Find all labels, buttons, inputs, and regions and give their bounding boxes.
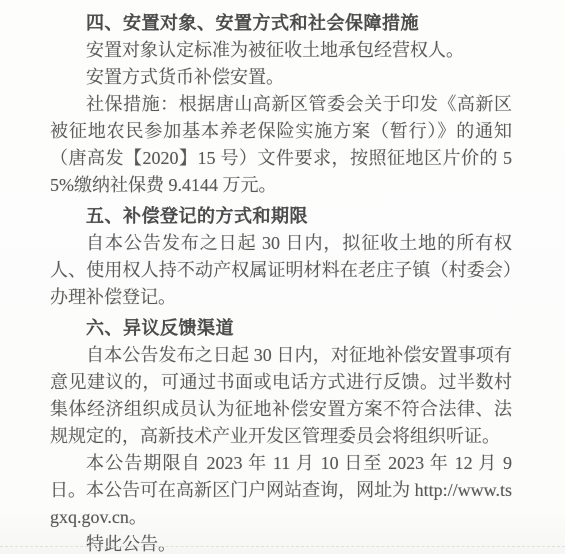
paragraph-feedback-channel: 自本公告发布之日起 30 日内，对征地补偿安置事项有意见建议的，可通过书面或电话… [50, 342, 512, 450]
section-resettlement: 四、安置对象、安置方式和社会保障措施 安置对象认定标准为被征收土地承包经营权人。… [50, 10, 512, 199]
paragraph-social-security-measures: 社保措施：根据唐山高新区管委会关于印发《高新区被征地农民参加基本养老保险实施方案… [50, 91, 512, 199]
section-heading-6: 六、异议反馈渠道 [50, 315, 512, 342]
section-heading-4: 四、安置对象、安置方式和社会保障措施 [50, 10, 512, 37]
paragraph-notice-period-and-url: 本公告期限自 2023 年 11 月 10 日至 2023 年 12 月 9 日… [50, 450, 512, 531]
paragraph-resettlement-target: 安置对象认定标准为被征收土地承包经营权人。 [50, 37, 512, 64]
paragraph-resettlement-method: 安置方式货币补偿安置。 [50, 64, 512, 91]
paragraph-closing-statement: 特此公告。 [50, 531, 512, 554]
section-objection-feedback: 六、异议反馈渠道 自本公告发布之日起 30 日内，对征地补偿安置事项有意见建议的… [50, 315, 512, 554]
section-heading-5: 五、补偿登记的方式和期限 [50, 203, 512, 230]
section-compensation-registration: 五、补偿登记的方式和期限 自本公告发布之日起 30 日内，拟征收土地的所有权人、… [50, 203, 512, 311]
paragraph-registration-procedure: 自本公告发布之日起 30 日内，拟征收土地的所有权人、使用权人持不动产权属证明材… [50, 230, 512, 311]
scan-artifact-line [0, 546, 565, 547]
notice-document: 四、安置对象、安置方式和社会保障措施 安置对象认定标准为被征收土地承包经营权人。… [50, 6, 512, 554]
